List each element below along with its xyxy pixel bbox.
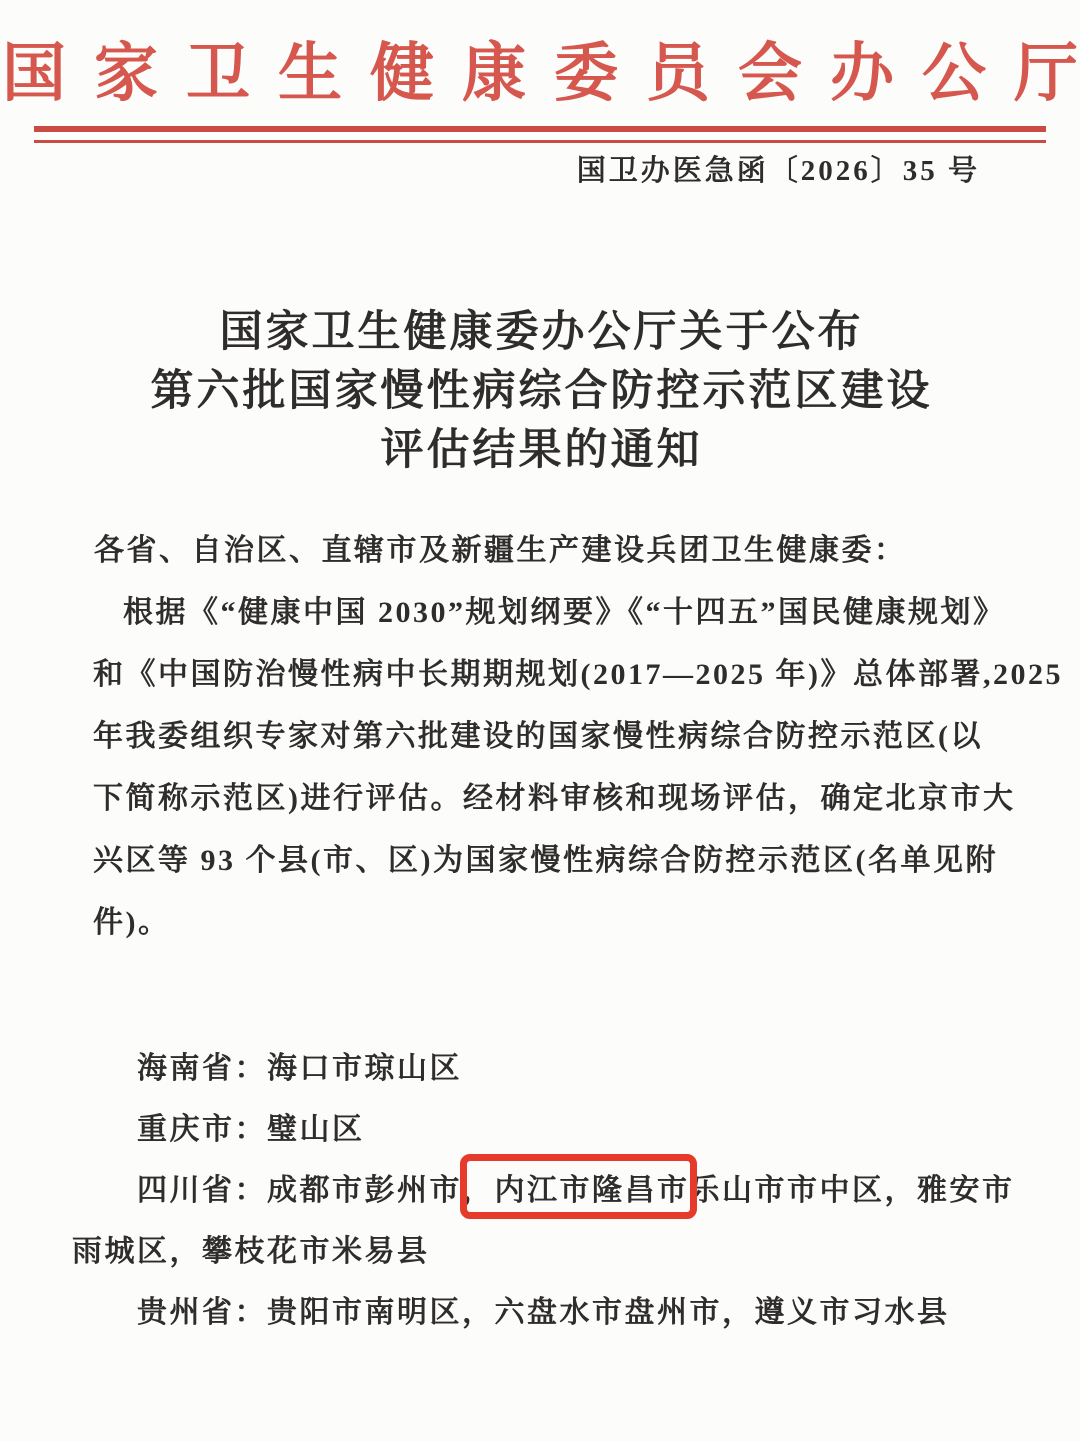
notice-title-line-1: 国家卫生健康委办公厅关于公布 <box>0 303 1080 362</box>
body-line-6: 件)。 <box>93 892 1080 954</box>
document-page: 国家卫生健康委员会办公厅 国卫办医急函〔2026〕35 号 国家卫生健康委办公厅… <box>0 0 1080 1441</box>
region-sichuan-prefix: 四川省：成都市彭州市 <box>137 1174 462 1207</box>
region-sichuan-suffix: 乐山市市中区，雅安市 <box>690 1174 1015 1207</box>
body-line-5: 兴区等 93 个县(市、区)为国家慢性病综合防控示范区(名单见附 <box>93 830 1080 892</box>
body-line-1: 根据《“健康中国 2030”规划纲要》《“十四五”国民健康规划》 <box>123 582 1080 644</box>
notice-title-line-2: 第六批国家慢性病综合防控示范区建设 <box>0 362 1080 421</box>
header-divider-thin <box>34 140 1046 143</box>
region-line-guizhou: 贵州省：贵阳市南明区，六盘水市盘州市，遵义市习水县 <box>137 1282 1080 1343</box>
notice-body: 各省、自治区、直辖市及新疆生产建设兵团卫生健康委： 根据《“健康中国 2030”… <box>93 520 1080 954</box>
body-line-2: 和《中国防治慢性病中长期期规划(2017—2025 年)》总体部署,2025 <box>93 644 1080 706</box>
body-line-3: 年我委组织专家对第六批建设的国家慢性病综合防控示范区(以 <box>93 706 1080 768</box>
salutation: 各省、自治区、直辖市及新疆生产建设兵团卫生健康委： <box>94 520 1080 582</box>
region-line-sichuan: 四川省：成都市彭州市，内江市隆昌市乐山市市中区，雅安市 <box>137 1160 1080 1221</box>
region-line-sichuan-wrap: 雨城区，攀枝花市米易县 <box>72 1221 1080 1282</box>
highlight-box: ，内江市隆昌市 <box>462 1174 690 1207</box>
region-line-chongqing: 重庆市：璧山区 <box>137 1099 1080 1160</box>
region-line-hainan: 海南省：海口市琼山区 <box>137 1038 1080 1099</box>
agency-header: 国家卫生健康委员会办公厅 <box>0 36 1080 112</box>
body-line-4: 下简称示范区)进行评估。经材料审核和现场评估，确定北京市大 <box>93 768 1080 830</box>
notice-title: 国家卫生健康委办公厅关于公布 第六批国家慢性病综合防控示范区建设 评估结果的通知 <box>0 303 1080 480</box>
header-divider-thick <box>34 126 1046 132</box>
doc-number: 国卫办医急函〔2026〕35 号 <box>0 155 1080 187</box>
notice-title-line-3: 评估结果的通知 <box>0 421 1080 480</box>
region-list: 海南省：海口市琼山区 重庆市：璧山区 四川省：成都市彭州市，内江市隆昌市乐山市市… <box>72 1038 1080 1343</box>
